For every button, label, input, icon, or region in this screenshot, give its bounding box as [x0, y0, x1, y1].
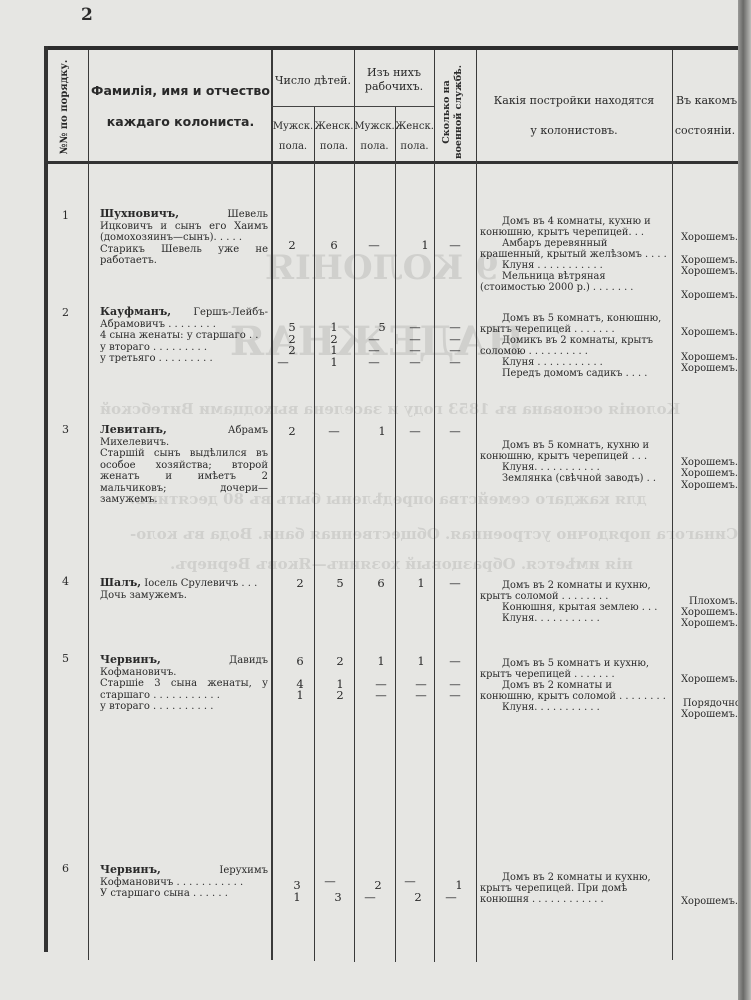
row-number: 4: [62, 575, 69, 588]
household-line: у третьяго . . . . . . . . .: [100, 353, 268, 365]
colonist-name: Кауфманъ, Гершъ-Лейбъ-Абрамовичъ . . . .…: [100, 306, 268, 365]
building-item: Клуня . . . . . . . . . . .: [480, 357, 668, 368]
colonist-note: Дочь замужемъ.: [100, 590, 187, 601]
header-children-female: Женск.пола.: [314, 120, 354, 154]
building-item: Землянка (свѣчной заводъ) . .: [480, 473, 668, 484]
military: ————: [436, 322, 474, 368]
building-item: Клуня . . . . . . . . . . .: [480, 260, 668, 271]
building-item: Домъ въ 5 комнатъ, конюшню, крытъ черепи…: [480, 313, 668, 335]
header-name-line1: Фамилія, имя и отчество: [90, 84, 271, 98]
building-item: Домъ въ 4 комнаты, кухню и конюшню, крыт…: [480, 216, 668, 238]
header-state-line1: Въ какомъ со: [676, 94, 742, 108]
building-item: Домъ въ 2 комнаты и кухню, крытъ черепиц…: [480, 872, 668, 905]
workers-female: —: [396, 426, 434, 438]
building-item: Клуня. . . . . . . . . . .: [480, 702, 668, 713]
building-item: Конюшня, крытая землею . . .: [480, 602, 668, 613]
children-male: 2: [273, 240, 311, 252]
colonist-name: Левитанъ, Абрамъ Михелевичъ. Старшій сын…: [100, 424, 268, 506]
col-rule: [271, 50, 273, 960]
buildings-list: Домъ въ 2 комнаты и кухню, крытъ черепиц…: [480, 872, 668, 905]
building-item: Домъ въ 2 комнаты и конюшню, крытъ солом…: [480, 680, 668, 702]
row-number: 1: [62, 209, 69, 222]
buildings-list: Домъ въ 5 комнатъ и кухню, крытъ черепиц…: [480, 658, 668, 713]
colonist-note: Старшій сынъ выдѣлился въ особое хозяйст…: [100, 448, 268, 505]
row-number: 2: [62, 306, 69, 319]
workers-male: 5———: [355, 322, 393, 368]
buildings-list: Домъ въ 5 комнатъ, кухню и конюшню, крыт…: [480, 440, 668, 484]
header-workers: Изъ нихъ рабочихъ.: [354, 66, 434, 94]
subheader-rule: [271, 106, 434, 107]
military: —: [436, 240, 474, 252]
children-female: 212: [321, 656, 359, 702]
building-item: Амбаръ деревянный крашенный, крытый желѣ…: [480, 238, 668, 260]
workers-female: 1——: [402, 656, 440, 702]
building-item: Домикъ въ 2 комнаты, крытъ соломою . . .…: [480, 335, 668, 357]
building-item: Передъ домомъ садикъ . . . .: [480, 368, 668, 379]
top-border: [44, 46, 738, 50]
bleedthrough-line: Колонія основана въ 1853 году и заселена…: [100, 400, 680, 418]
col-rule: [395, 106, 396, 962]
header-buildings-line2: у колонистовъ.: [476, 124, 672, 138]
household-line: у втораго . . . . . . . . . .: [100, 701, 268, 713]
household-line: у втораго . . . . . . . . .: [100, 342, 268, 354]
building-state: Хорошемъ.: [674, 266, 738, 277]
header-state-line2: состояніи.: [672, 124, 738, 138]
children-male: 641: [281, 656, 319, 702]
row-number: 5: [62, 652, 69, 665]
header-row-number: №№ по порядку.: [59, 55, 73, 159]
header-children: Число дѣтей.: [272, 74, 354, 88]
building-state: Хорошемъ.: [674, 457, 738, 468]
colonist-name: Шалъ, Іосель Срулевичъ . . . Дочь замуже…: [100, 577, 268, 601]
workers-male: 6: [362, 578, 400, 590]
children-female: —: [315, 426, 353, 438]
building-state: Хорошемъ.: [674, 352, 738, 363]
military: 1—: [434, 880, 472, 903]
building-state: Хорошемъ.: [674, 618, 738, 629]
header-workers-text: Изъ нихъ рабочихъ.: [365, 66, 423, 93]
row-number: 6: [62, 862, 69, 875]
building-state: Хорошемъ.: [674, 232, 738, 243]
children-male: 2: [273, 426, 311, 438]
colonist-note: Старикъ Шевель уже не работаетъ.: [100, 244, 268, 267]
building-item: Домъ въ 5 комнатъ, кухню и конюшню, крыт…: [480, 440, 668, 462]
page-number: 2: [81, 5, 93, 25]
header-name-line2: каждаго колониста.: [90, 115, 271, 129]
building-state: Хорошемъ.: [674, 607, 738, 618]
building-state: Порядочно: [683, 698, 738, 709]
building-state: Хорошемъ.: [674, 290, 738, 301]
bleedthrough-line: нія имѣется. Образцовый хозяинъ—Яковъ Ве…: [170, 555, 633, 573]
col-rule: [434, 50, 435, 962]
colonist-name: Шухновичъ, Шевель Ицковичъ и сынъ его Ха…: [100, 208, 268, 267]
building-state: Хорошемъ.: [674, 363, 738, 374]
children-male: 2: [281, 578, 319, 590]
col-rule: [672, 50, 673, 960]
building-state: Хорошемъ.: [674, 255, 738, 266]
col-rule: [314, 106, 315, 961]
col-rule: [354, 50, 355, 962]
col-rule: [88, 50, 89, 960]
header-buildings-line1: Какія постройки находятся: [476, 94, 672, 108]
col-rule: [476, 50, 477, 962]
page-binding-edge: [738, 0, 751, 1000]
buildings-list: Домъ въ 4 комнаты, кухню и конюшню, крыт…: [480, 216, 668, 293]
children-female: 6: [315, 240, 353, 252]
building-item: Домъ въ 2 комнаты и кухню, крытъ соломой…: [480, 580, 668, 602]
colonist-name: Червинъ, Іерухимъ Кофмановичъ . . . . . …: [100, 864, 268, 900]
military: ———: [436, 656, 474, 702]
household-line: У старшаго сына . . . . . .: [100, 888, 268, 900]
workers-male: 2—: [354, 880, 392, 903]
building-state: Хорошемъ.: [674, 480, 738, 491]
buildings-list: Домъ въ 5 комнатъ, конюшню, крытъ черепи…: [480, 313, 668, 379]
building-item: Клуня. . . . . . . . . . .: [480, 613, 668, 624]
left-border: [44, 46, 48, 952]
military: —: [436, 578, 474, 590]
building-item: Домъ въ 5 комнатъ и кухню, крытъ черепиц…: [480, 658, 668, 680]
header-bottom-border: [44, 161, 738, 164]
household-line: Старшіе 3 сына женаты, у старшаго . . . …: [100, 678, 268, 701]
header-children-male: Мужск.пола.: [272, 120, 314, 154]
children-female: 1211: [315, 322, 353, 368]
row-number: 3: [62, 423, 69, 436]
building-item: Клуня. . . . . . . . . . .: [480, 462, 668, 473]
bleedthrough-title-1: 9 КОЛОНІЯ: [265, 248, 499, 288]
building-state: Хорошемъ.: [674, 468, 738, 479]
workers-female: 1: [402, 578, 440, 590]
building-state: Плохомъ.: [674, 596, 738, 607]
buildings-list: Домъ въ 2 комнаты и кухню, крытъ соломой…: [480, 580, 668, 624]
workers-male: 1——: [362, 656, 400, 702]
workers-female: —2: [394, 876, 432, 903]
building-state: Хорошемъ.: [674, 709, 738, 720]
military: —: [436, 426, 474, 438]
building-item: Мельница вѣтряная (стоимостью 2000 р.) .…: [480, 271, 668, 293]
children-female: —3: [314, 876, 352, 903]
colonist-name: Червинъ, Давидъ Кофмановичъ. Старшіе 3 с…: [100, 654, 268, 713]
building-state: Хорошемъ.: [674, 674, 738, 685]
building-state: Хорошемъ.: [674, 327, 738, 338]
workers-male: —: [355, 240, 393, 252]
children-female: 5: [321, 578, 359, 590]
header-military: Сколько на военной службѣ.: [441, 57, 469, 167]
header-workers-female: Женск.пола.: [395, 120, 434, 154]
workers-female: ————: [396, 322, 434, 368]
children-male: 522—: [273, 322, 311, 368]
building-state: Хорошемъ.: [674, 896, 738, 907]
header-workers-male: Мужск.пола.: [354, 120, 395, 154]
household-line: 4 сына женаты: у старшаго . .: [100, 330, 268, 342]
